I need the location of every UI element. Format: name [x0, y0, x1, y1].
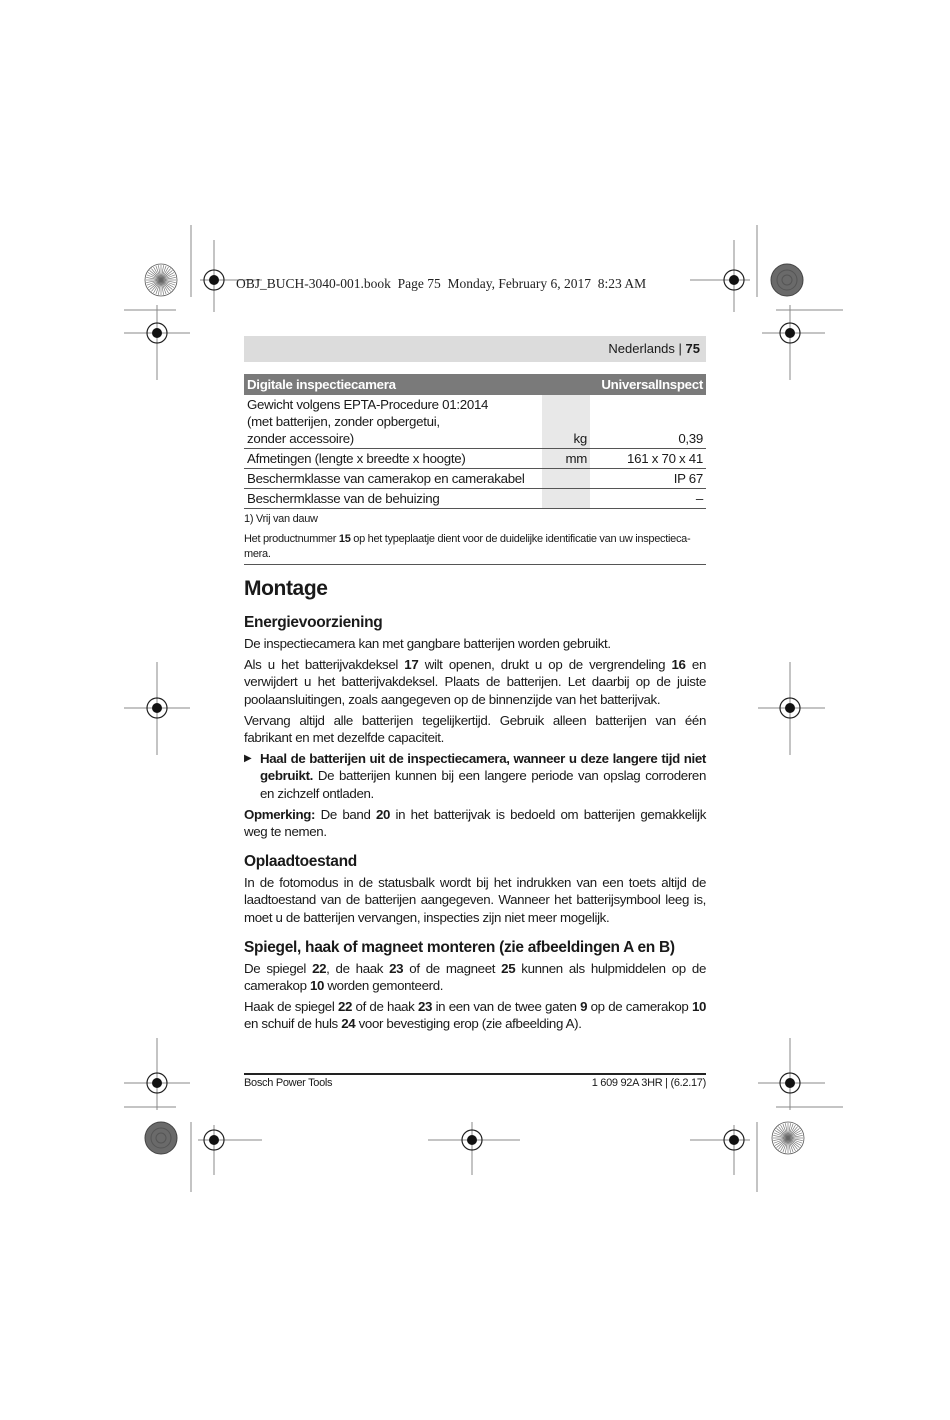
remark: Opmerking: De band 20 in het batterijvak…	[244, 806, 706, 840]
spec-row: Gewicht volgens EPTA-Procedure 01:2014(m…	[244, 395, 706, 449]
paragraph: Vervang altijd alle batterijen tegelijke…	[244, 712, 706, 746]
header-text: Nederlands | 75	[608, 341, 700, 356]
paragraph: Als u het batterijvakdeksel 17 wilt open…	[244, 656, 706, 708]
note-ref-number: 15	[339, 533, 351, 545]
subsections: EnergievoorzieningDe inspectiecamera kan…	[244, 614, 706, 1033]
spec-label: Gewicht volgens EPTA-Procedure 01:2014(m…	[244, 395, 542, 449]
spec-value: IP 67	[590, 469, 706, 489]
paragraph: De inspectiecamera kan met gangbare batt…	[244, 635, 706, 652]
footer-doc-id: 1 609 92A 3HR | (6.2.17)	[592, 1077, 706, 1089]
spec-label: Beschermklasse van camerakop en cameraka…	[244, 469, 542, 489]
spec-table-title: Digitale inspectiecamera	[244, 374, 590, 395]
running-header: Nederlands | 75	[244, 336, 706, 362]
spec-row: Beschermklasse van de behuizing–	[244, 489, 706, 509]
spec-row: Beschermklasse van camerakop en cameraka…	[244, 469, 706, 489]
footer-rule	[244, 1073, 706, 1075]
header-separator: |	[675, 341, 686, 356]
spec-table-header: Digitale inspectiecamera UniversalInspec…	[244, 374, 706, 395]
spec-value: 161 x 70 x 41	[590, 449, 706, 469]
product-number-note: Het productnummer 15 op het typeplaatje …	[244, 532, 706, 565]
paragraph: Haak de spiegel 22 of de haak 23 in een …	[244, 998, 706, 1032]
paragraph: De spiegel 22, de haak 23 of de magneet …	[244, 960, 706, 994]
spec-footnote: 1) Vrij van dauw	[244, 512, 706, 527]
section-title: Montage	[244, 577, 706, 601]
spec-table: Digitale inspectiecamera UniversalInspec…	[244, 374, 706, 509]
spec-unit: kg	[542, 395, 590, 449]
spec-unit	[542, 469, 590, 489]
spec-unit: mm	[542, 449, 590, 469]
spec-table-model: UniversalInspect	[590, 374, 706, 395]
subsection-title: Spiegel, haak of magneet monteren (zie a…	[244, 939, 706, 957]
paragraph: In de fotomodus in de statusbalk wordt b…	[244, 874, 706, 926]
spec-value: 0,39	[590, 395, 706, 449]
spec-value: –	[590, 489, 706, 509]
spec-row: Afmetingen (lengte x breedte x hoogte)mm…	[244, 449, 706, 469]
spec-unit	[542, 489, 590, 509]
spec-label: Beschermklasse van de behuizing	[244, 489, 542, 509]
spec-label: Afmetingen (lengte x breedte x hoogte)	[244, 449, 542, 469]
page-content: Digitale inspectiecamera UniversalInspec…	[244, 374, 706, 1037]
warning-item: ▶Haal de batterijen uit de inspectiecame…	[244, 750, 706, 802]
header-language: Nederlands	[608, 341, 675, 356]
bullet-arrow-icon: ▶	[244, 750, 251, 767]
print-slug: OBJ_BUCH-3040-001.book Page 75 Monday, F…	[236, 276, 646, 292]
subsection-title: Energievoorziening	[244, 614, 706, 632]
page-number: 75	[686, 341, 700, 356]
footer-brand: Bosch Power Tools	[244, 1077, 332, 1089]
subsection-title: Oplaadtoestand	[244, 853, 706, 871]
